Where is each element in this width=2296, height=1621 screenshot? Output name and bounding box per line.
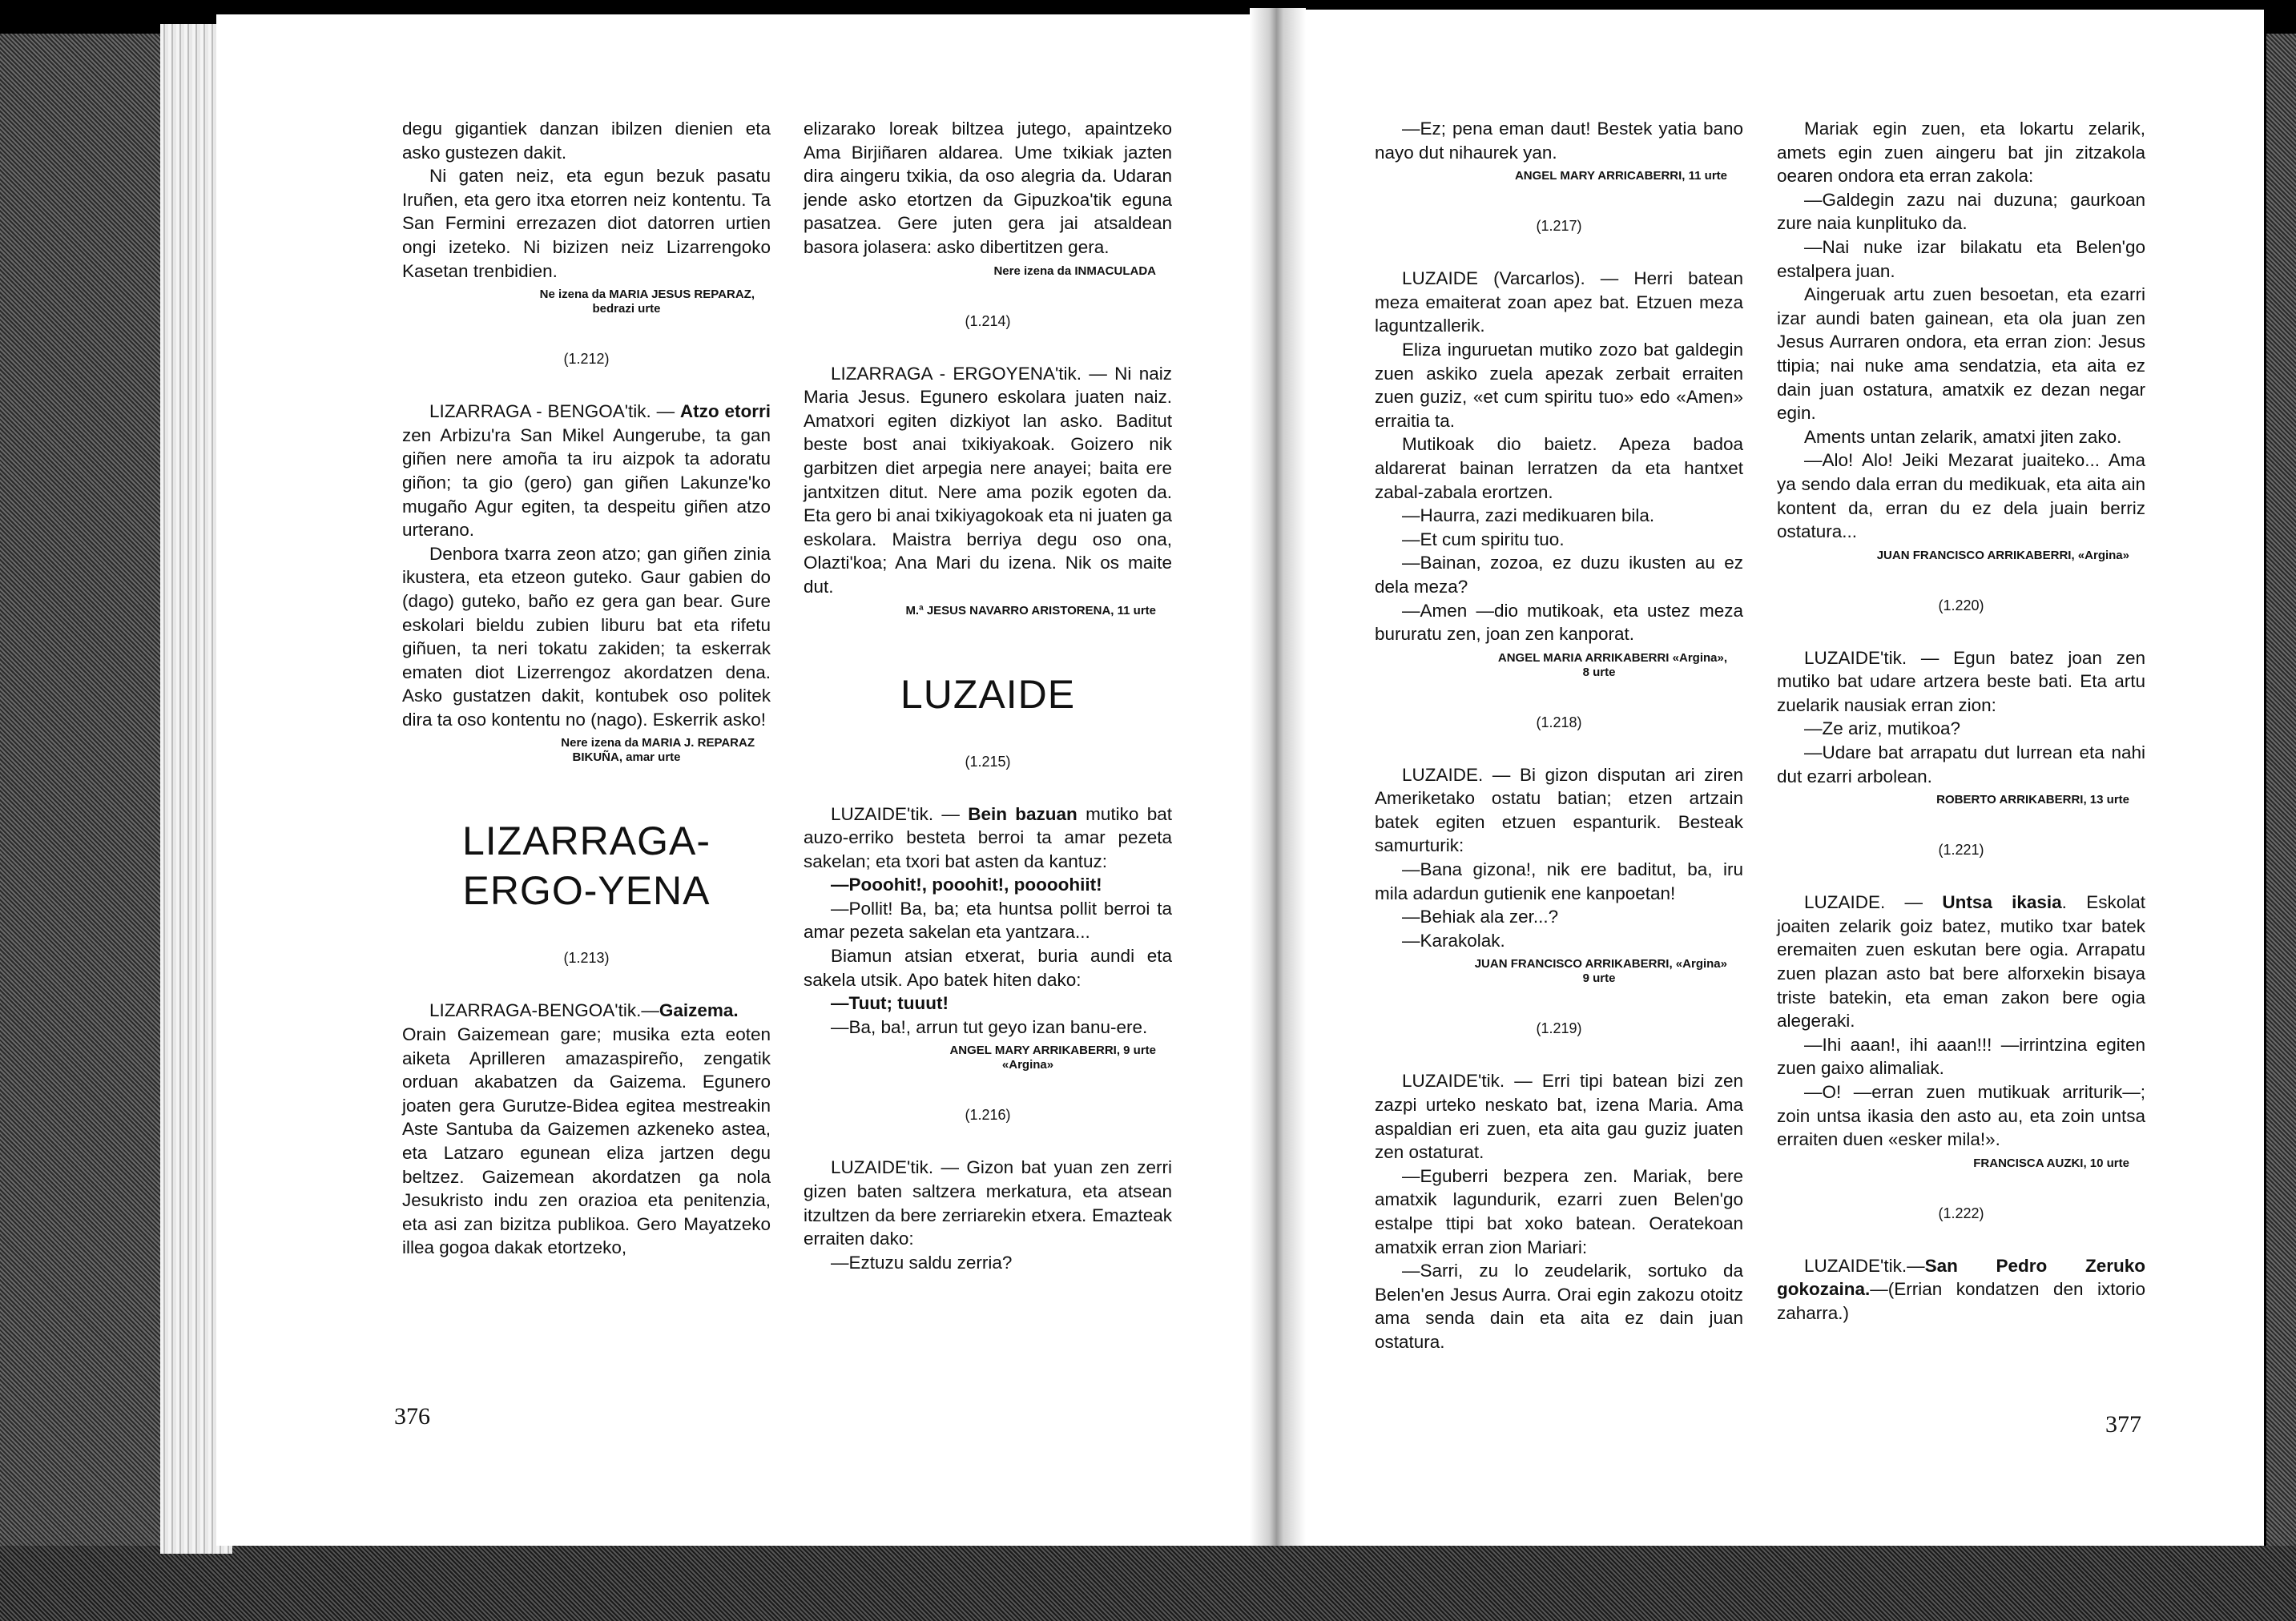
paragraph-text: Eliza inguruetan mutiko zozo bat galdegi… (1375, 340, 1743, 431)
paragraph-text: LUZAIDE'tik. — Egun batez joan zen mutik… (1777, 648, 2145, 715)
text-column-1: degu gigantiek danzan ibilzen dienien et… (402, 117, 771, 1260)
text-column-4: Mariak egin zuen, eta lokartu zelarik, a… (1777, 117, 2145, 1325)
paragraph: —Tuut; tuuut! (804, 992, 1172, 1016)
paragraph: Mutikoak dio baietz. Apeza badoa aldarer… (1375, 432, 1743, 504)
paragraph-text: —Pollit! Ba, ba; eta huntsa pollit berro… (804, 899, 1172, 943)
entry-number: (1.213) (402, 949, 771, 967)
paragraph-text: —Et cum spiritu tuo. (1402, 529, 1565, 549)
paragraph-text: Aingeruak artu zuen besoetan, eta ezarri… (1777, 284, 2145, 423)
paragraph-lead: LUZAIDE'tik.— (1804, 1256, 1925, 1276)
paragraph-text: Mariak egin zuen, eta lokartu zelarik, a… (1777, 119, 2145, 186)
paragraph-text: —Ez; pena eman daut! Bestek yatia bano n… (1375, 119, 1743, 163)
paragraph-text: . Eskolat joaiten zelarik goiz batez, mu… (1777, 892, 2145, 1031)
paragraph-text: zen Arbizu'ra San Mikel Aungerube, ta ga… (402, 425, 771, 540)
paragraph-text: Denbora txarra zeon atzo; gan giñen zini… (402, 544, 771, 730)
paragraph: —Bainan, zozoa, ez duzu ikusten au ez de… (1375, 551, 1743, 598)
paragraph: LIZARRAGA-BENGOA'tik.—Gaizema. Orain Gai… (402, 999, 771, 1260)
entry-number: (1.216) (804, 1106, 1172, 1124)
paragraph: Mariak egin zuen, eta lokartu zelarik, a… (1777, 117, 2145, 188)
paragraph: LIZARRAGA - BENGOA'tik. — Atzo etorri ze… (402, 400, 771, 542)
paragraph-text: —Ba, ba!, arrun tut geyo izan banu-ere. (831, 1017, 1147, 1037)
paragraph-text: —Behiak ala zer...? (1402, 907, 1558, 927)
book-gutter (1250, 8, 1306, 1546)
author-signature: JUAN FRANCISCO ARRIKABERRI, «Argina»9 ur… (1375, 957, 1743, 986)
paragraph-text: —Eztuzu saldu zerria? (831, 1253, 1012, 1273)
signature-line-2: BIKUÑA, amar urte (402, 750, 755, 765)
paragraph: LUZAIDE'tik. — Bein bazuan mutiko bat au… (804, 802, 1172, 874)
bold-title: Bein bazuan (968, 804, 1078, 824)
paragraph: degu gigantiek danzan ibilzen dienien et… (402, 117, 771, 164)
paragraph: LUZAIDE'tik.—San Pedro Zeruko gokozaina.… (1777, 1254, 2145, 1325)
paragraph-text: —Nai nuke izar bilakatu eta Belen'go est… (1777, 237, 2145, 281)
paragraph: elizarako loreak biltzea jutego, apaintz… (804, 117, 1172, 259)
signature-line-1: ANGEL MARIA ARRIKABERRI «Argina», (1498, 651, 1727, 665)
paragraph: Denbora txarra zeon atzo; gan giñen zini… (402, 542, 771, 732)
paragraph: Eliza inguruetan mutiko zozo bat galdegi… (1375, 338, 1743, 432)
author-signature: ANGEL MARIA ARRIKABERRI «Argina»,8 urte (1375, 651, 1743, 680)
paragraph: LUZAIDE'tik. — Egun batez joan zen mutik… (1777, 646, 2145, 718)
signature-line-1: JUAN FRANCISCO ARRIKABERRI, «Argina» (1475, 957, 1727, 971)
paragraph: —Ez; pena eman daut! Bestek yatia bano n… (1375, 117, 1743, 164)
signature-line-1: M.ª JESUS NAVARRO ARISTORENA, 11 urte (905, 604, 1156, 617)
paragraph-text: Orain Gaizemean gare; musika ezta eoten … (402, 1024, 771, 1257)
paragraph: Ni gaten neiz, eta egun bezuk pasatu Iru… (402, 164, 771, 283)
paragraph-text: Biamun atsian etxerat, buria aundi eta s… (804, 946, 1172, 990)
author-signature: ANGEL MARY ARRIKABERRI, 9 urte«Argina» (804, 1044, 1172, 1072)
paragraph-text: LUZAIDE'tik. — Erri tipi batean bizi zen… (1375, 1071, 1743, 1162)
page-number-right: 377 (2105, 1411, 2141, 1438)
paragraph: —Galdegin zazu nai duzuna; gaurkoan zure… (1777, 188, 2145, 235)
paragraph: —Eguberri bezpera zen. Mariak, bere amat… (1375, 1164, 1743, 1259)
section-heading: LIZARRAGA-ERGO-YENA (402, 816, 771, 915)
paragraph: LUZAIDE (Varcarlos). — Herri batean meza… (1375, 267, 1743, 338)
entry-number: (1.218) (1375, 714, 1743, 731)
paragraph-text: —Haurra, zazi medikuaren bila. (1402, 505, 1654, 525)
text-column-3: —Ez; pena eman daut! Bestek yatia bano n… (1375, 117, 1743, 1354)
paragraph: —Haurra, zazi medikuaren bila. (1375, 504, 1743, 528)
text-column-2: elizarako loreak biltzea jutego, apaintz… (804, 117, 1172, 1274)
paragraph: LUZAIDE'tik. — Erri tipi batean bizi zen… (1375, 1069, 1743, 1164)
author-signature: ANGEL MARY ARRICABERRI, 11 urte (1375, 169, 1743, 183)
signature-line-2: 8 urte (1375, 666, 1727, 680)
signature-line-1: JUAN FRANCISCO ARRIKABERRI, «Argina» (1877, 549, 2129, 562)
paragraph-text: —Ze ariz, mutikoa? (1804, 718, 1960, 738)
paragraph: —Amen —dio mutikoak, eta ustez meza buru… (1375, 599, 1743, 646)
author-signature: Nere izena da INMACULADA (804, 264, 1172, 279)
paragraph-text: —Ihi aaan!, ihi aaan!!! —irrintzina egit… (1777, 1035, 2145, 1079)
paragraph-text: —Bana gizona!, nik ere baditut, ba, iru … (1375, 859, 1743, 903)
paragraph-text: —Sarri, zu lo zeudelarik, sortuko da Bel… (1375, 1261, 1743, 1352)
entry-number: (1.212) (402, 350, 771, 368)
entry-number: (1.215) (804, 753, 1172, 770)
scan-bottom-edge (0, 1546, 2296, 1621)
paragraph-text: Ni gaten neiz, eta egun bezuk pasatu Iru… (402, 166, 771, 280)
paragraph-text: degu gigantiek danzan ibilzen dienien et… (402, 119, 771, 163)
bold-title: Untsa ikasia (1942, 892, 2061, 912)
signature-line-2: «Argina» (804, 1058, 1156, 1072)
paragraph: —Pooohit!, pooohit!, poooohiit! (804, 873, 1172, 897)
paragraph-text: —O! —erran zuen mutikuak arriturik—; zoi… (1777, 1082, 2145, 1149)
paragraph: —Alo! Alo! Jeiki Mezarat juaiteko... Ama… (1777, 448, 2145, 543)
paragraph: Aingeruak artu zuen besoetan, eta ezarri… (1777, 283, 2145, 425)
signature-line-1: FRANCISCA AUZKI, 10 urte (1973, 1156, 2129, 1170)
paragraph-text: —Amen —dio mutikoak, eta ustez meza buru… (1375, 601, 1743, 645)
paragraph-lead: LUZAIDE. — (1804, 892, 1942, 912)
paragraph-text: LIZARRAGA - ERGOYENA'tik. — Ni naiz Mari… (804, 364, 1172, 597)
entry-number: (1.220) (1777, 597, 2145, 614)
paragraph-lead: LIZARRAGA - BENGOA'tik. — (429, 401, 680, 421)
author-signature: ROBERTO ARRIKABERRI, 13 urte (1777, 793, 2145, 807)
paragraph: —Pollit! Ba, ba; eta huntsa pollit berro… (804, 897, 1172, 944)
paragraph-text: LUZAIDE. — Bi gizon disputan ari ziren A… (1375, 765, 1743, 856)
signature-line-2: bedrazi urte (402, 302, 755, 316)
bold-text: —Pooohit!, pooohit!, poooohiit! (831, 875, 1102, 895)
paragraph: Aments untan zelarik, amatxi jiten zako. (1777, 425, 2145, 449)
paragraph-text: —Karakolak. (1402, 931, 1505, 951)
paragraph-text: Mutikoak dio baietz. Apeza badoa aldarer… (1375, 434, 1743, 501)
signature-line-1: Ne izena da MARIA JESUS REPARAZ, (540, 288, 755, 301)
paragraph: LUZAIDE. — Untsa ikasia. Eskolat joaiten… (1777, 891, 2145, 1033)
signature-line-1: ROBERTO ARRIKABERRI, 13 urte (1936, 793, 2129, 806)
paragraph-lead: LIZARRAGA-BENGOA'tik.— (429, 1000, 659, 1020)
paragraph: Biamun atsian etxerat, buria aundi eta s… (804, 944, 1172, 992)
entry-number: (1.217) (1375, 217, 1743, 235)
entry-number: (1.222) (1777, 1205, 2145, 1222)
paragraph: —Ihi aaan!, ihi aaan!!! —irrintzina egit… (1777, 1033, 2145, 1080)
paragraph: LIZARRAGA - ERGOYENA'tik. — Ni naiz Mari… (804, 362, 1172, 599)
paragraph: —Sarri, zu lo zeudelarik, sortuko da Bel… (1375, 1259, 1743, 1354)
paragraph: —O! —erran zuen mutikuak arriturik—; zoi… (1777, 1080, 2145, 1152)
author-signature: Nere izena da MARIA J. REPARAZBIKUÑA, am… (402, 736, 771, 765)
paragraph: —Ba, ba!, arrun tut geyo izan banu-ere. (804, 1016, 1172, 1040)
paragraph: —Bana gizona!, nik ere baditut, ba, iru … (1375, 858, 1743, 905)
paragraph-text: —Eguberri bezpera zen. Mariak, bere amat… (1375, 1166, 1743, 1257)
bold-title: Gaizema. (659, 1000, 739, 1020)
paragraph-text: —Galdegin zazu nai duzuna; gaurkoan zure… (1777, 190, 2145, 234)
paragraph: LUZAIDE. — Bi gizon disputan ari ziren A… (1375, 763, 1743, 858)
signature-line-1: Nere izena da MARIA J. REPARAZ (561, 736, 755, 750)
bold-text: —Tuut; tuuut! (831, 993, 949, 1013)
paragraph: —Udare bat arrapatu dut lurrean eta nahi… (1777, 741, 2145, 788)
author-signature: M.ª JESUS NAVARRO ARISTORENA, 11 urte (804, 604, 1172, 618)
paragraph: —Eztuzu saldu zerria? (804, 1251, 1172, 1275)
entry-number: (1.214) (804, 312, 1172, 330)
author-signature: FRANCISCA AUZKI, 10 urte (1777, 1156, 2145, 1171)
signature-line-1: ANGEL MARY ARRIKABERRI, 9 urte (949, 1044, 1156, 1057)
paragraph-text: —Udare bat arrapatu dut lurrean eta nahi… (1777, 742, 2145, 786)
entry-number: (1.219) (1375, 1020, 1743, 1037)
page-number-left: 376 (394, 1403, 430, 1430)
paragraph: —Et cum spiritu tuo. (1375, 528, 1743, 552)
author-signature: Ne izena da MARIA JESUS REPARAZ,bedrazi … (402, 288, 771, 316)
paragraph: —Behiak ala zer...? (1375, 905, 1743, 929)
signature-line-1: Nere izena da INMACULADA (993, 264, 1156, 278)
paragraph-lead: LUZAIDE'tik. — (831, 804, 968, 824)
paragraph-text: Aments untan zelarik, amatxi jiten zako. (1804, 427, 2121, 447)
paragraph-text: —Bainan, zozoa, ez duzu ikusten au ez de… (1375, 553, 1743, 597)
entry-number: (1.221) (1777, 841, 2145, 859)
paragraph-text: LUZAIDE'tik. — Gizon bat yuan zen zerri … (804, 1157, 1172, 1249)
paragraph: —Nai nuke izar bilakatu eta Belen'go est… (1777, 235, 2145, 283)
paragraph: —Ze ariz, mutikoa? (1777, 717, 2145, 741)
paragraph-text: LUZAIDE (Varcarlos). — Herri batean meza… (1375, 268, 1743, 336)
signature-line-1: ANGEL MARY ARRICABERRI, 11 urte (1515, 169, 1727, 183)
bold-title: Atzo etorri (680, 401, 771, 421)
signature-line-2: 9 urte (1375, 971, 1727, 986)
author-signature: JUAN FRANCISCO ARRIKABERRI, «Argina» (1777, 549, 2145, 563)
section-heading: LUZAIDE (804, 670, 1172, 719)
paragraph-text: elizarako loreak biltzea jutego, apaintz… (804, 119, 1172, 257)
paragraph: LUZAIDE'tik. — Gizon bat yuan zen zerri … (804, 1156, 1172, 1250)
paragraph: —Karakolak. (1375, 929, 1743, 953)
paragraph-text: —Alo! Alo! Jeiki Mezarat juaiteko... Ama… (1777, 450, 2145, 541)
